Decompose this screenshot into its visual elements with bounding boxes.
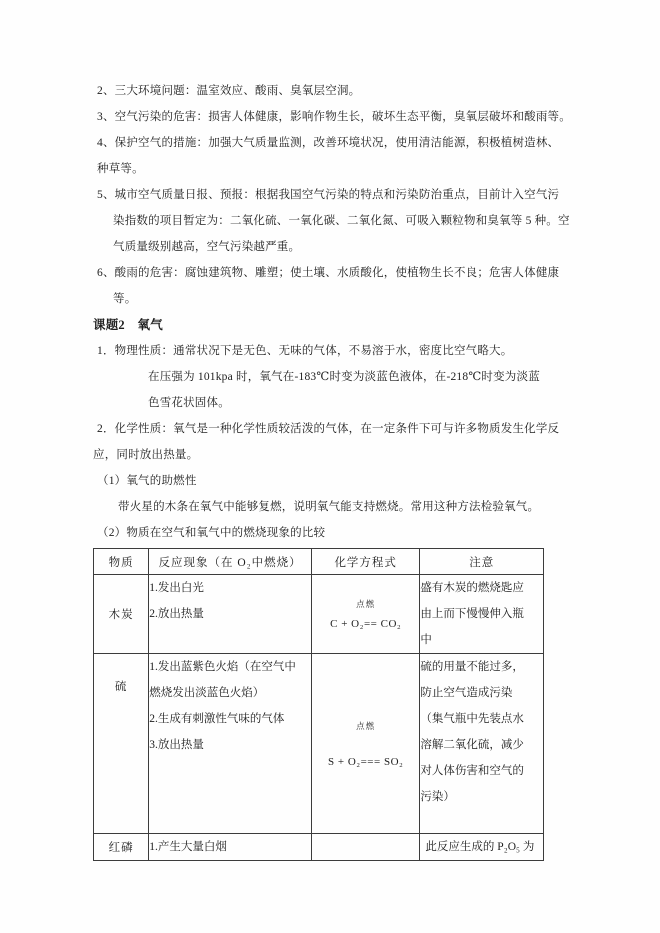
combustion-comparison-table: 物质 反应现象（在 O₂中燃烧） 化学方程式 注意 木炭 1.发出白光 2.放出… bbox=[93, 548, 544, 861]
table-row-charcoal: 木炭 1.发出白光 2.放出热量 点燃 C + O₂== CO₂ 盛有木炭的燃烧… bbox=[94, 575, 544, 654]
list-item-5: 5、城市空气质量日报、预报：根据我国空气污染的特点和污染防治重点，目前计入空气污 bbox=[93, 182, 660, 208]
chemical-equation-carbon: C + O₂== CO₂ bbox=[330, 618, 401, 630]
ignition-condition-label: 点燃 bbox=[312, 720, 419, 732]
table-row-sulfur: 硫 1.发出蓝紫色火焰（在空气中 燃烧发出淡蓝色火焰） 2.生成有刺激性气味的气… bbox=[94, 654, 544, 834]
chemical-properties-continued: 应，同时放出热量。 bbox=[93, 442, 660, 468]
chemical-properties: 2．化学性质：氧气是一种化学性质较活泼的气体，在一定条件下可与许多物质发生化学反 bbox=[93, 416, 660, 442]
cell-substance-charcoal: 木炭 bbox=[94, 575, 149, 654]
topic-heading: 课题2 氧气 bbox=[93, 312, 660, 338]
subsection-1-text: 带火星的木条在氧气中能够复燃，说明氧气能支持燃烧。常用这种方法检验氧气。 bbox=[93, 494, 660, 520]
list-item-5-continued-2: 气质量级别越高，空气污染越严重。 bbox=[93, 234, 660, 260]
document-body: 2、三大环境问题：温室效应、酸雨、臭氧层空洞。 3、空气污染的危害：损害人体健康… bbox=[0, 0, 660, 546]
list-item-4: 4、保护空气的措施：加强大气质量监测，改善环境状况，使用清洁能源，积极植树造林、 bbox=[93, 130, 660, 156]
physical-properties-continued: 在压强为 101kpa 时，氧气在-183℃时变为淡蓝色液体，在-218℃时变为… bbox=[93, 364, 660, 390]
cell-substance-sulfur: 硫 bbox=[94, 654, 149, 834]
header-phenomenon: 反应现象（在 O₂中燃烧） bbox=[149, 549, 312, 575]
header-equation: 化学方程式 bbox=[311, 549, 419, 575]
cell-phenomenon-charcoal: 1.发出白光 2.放出热量 bbox=[149, 575, 312, 654]
cell-note-sulfur: 硫的用量不能过多， 防止空气造成污染 （集气瓶中先装点水 溶解二氧化硫，减少 对… bbox=[420, 654, 544, 834]
list-item-2: 2、三大环境问题：温室效应、酸雨、臭氧层空洞。 bbox=[93, 78, 660, 104]
list-item-3: 3、空气污染的危害：损害人体健康，影响作物生长，破坏生态平衡，臭氧层破坏和酸雨等… bbox=[93, 104, 660, 130]
list-item-4-continued: 种草等。 bbox=[93, 156, 660, 182]
cell-note-red-phosphorus: 此反应生成的 P₂O₅ 为 bbox=[420, 834, 544, 861]
cell-substance-red-phosphorus: 红磷 bbox=[94, 834, 149, 861]
cell-phenomenon-red-phosphorus: 1.产生大量白烟 bbox=[149, 834, 312, 861]
table-header-row: 物质 反应现象（在 O₂中燃烧） 化学方程式 注意 bbox=[94, 549, 544, 575]
subsection-2-title: （2）物质在空气和氧气中的燃烧现象的比较 bbox=[93, 520, 660, 546]
list-item-6-continued: 等。 bbox=[93, 286, 660, 312]
ignition-condition-label: 点燃 bbox=[312, 598, 419, 610]
physical-properties-continued-2: 色雪花状固体。 bbox=[93, 390, 660, 416]
document-page: 2、三大环境问题：温室效应、酸雨、臭氧层空洞。 3、空气污染的危害：损害人体健康… bbox=[0, 0, 660, 933]
cell-equation-charcoal: 点燃 C + O₂== CO₂ bbox=[311, 575, 419, 654]
cell-equation-sulfur: 点燃 S + O₂=== SO₂ bbox=[311, 654, 419, 834]
subsection-1-title: （1）氧气的助燃性 bbox=[93, 468, 660, 494]
physical-properties: 1．物理性质：通常状况下是无色、无味的气体，不易溶于水，密度比空气略大。 bbox=[93, 338, 660, 364]
table-row-red-phosphorus: 红磷 1.产生大量白烟 此反应生成的 P₂O₅ 为 bbox=[94, 834, 544, 861]
list-item-6: 6、酸雨的危害：腐蚀建筑物、雕塑；使土壤、水质酸化，使植物生长不良；危害人体健康 bbox=[93, 260, 660, 286]
cell-equation-red-phosphorus bbox=[311, 834, 419, 861]
chemical-equation-sulfur: S + O₂=== SO₂ bbox=[328, 756, 403, 768]
header-substance: 物质 bbox=[94, 549, 149, 575]
cell-phenomenon-sulfur: 1.发出蓝紫色火焰（在空气中 燃烧发出淡蓝色火焰） 2.生成有刺激性气味的气体 … bbox=[149, 654, 312, 834]
list-item-5-continued: 染指数的项目暂定为：二氧化硫、一氧化碳、二氧化氮、可吸入颗粒物和臭氧等 5 种。… bbox=[93, 208, 660, 234]
header-note: 注意 bbox=[420, 549, 544, 575]
cell-note-charcoal: 盛有木炭的燃烧匙应 由上而下慢慢伸入瓶 中 bbox=[420, 575, 544, 654]
